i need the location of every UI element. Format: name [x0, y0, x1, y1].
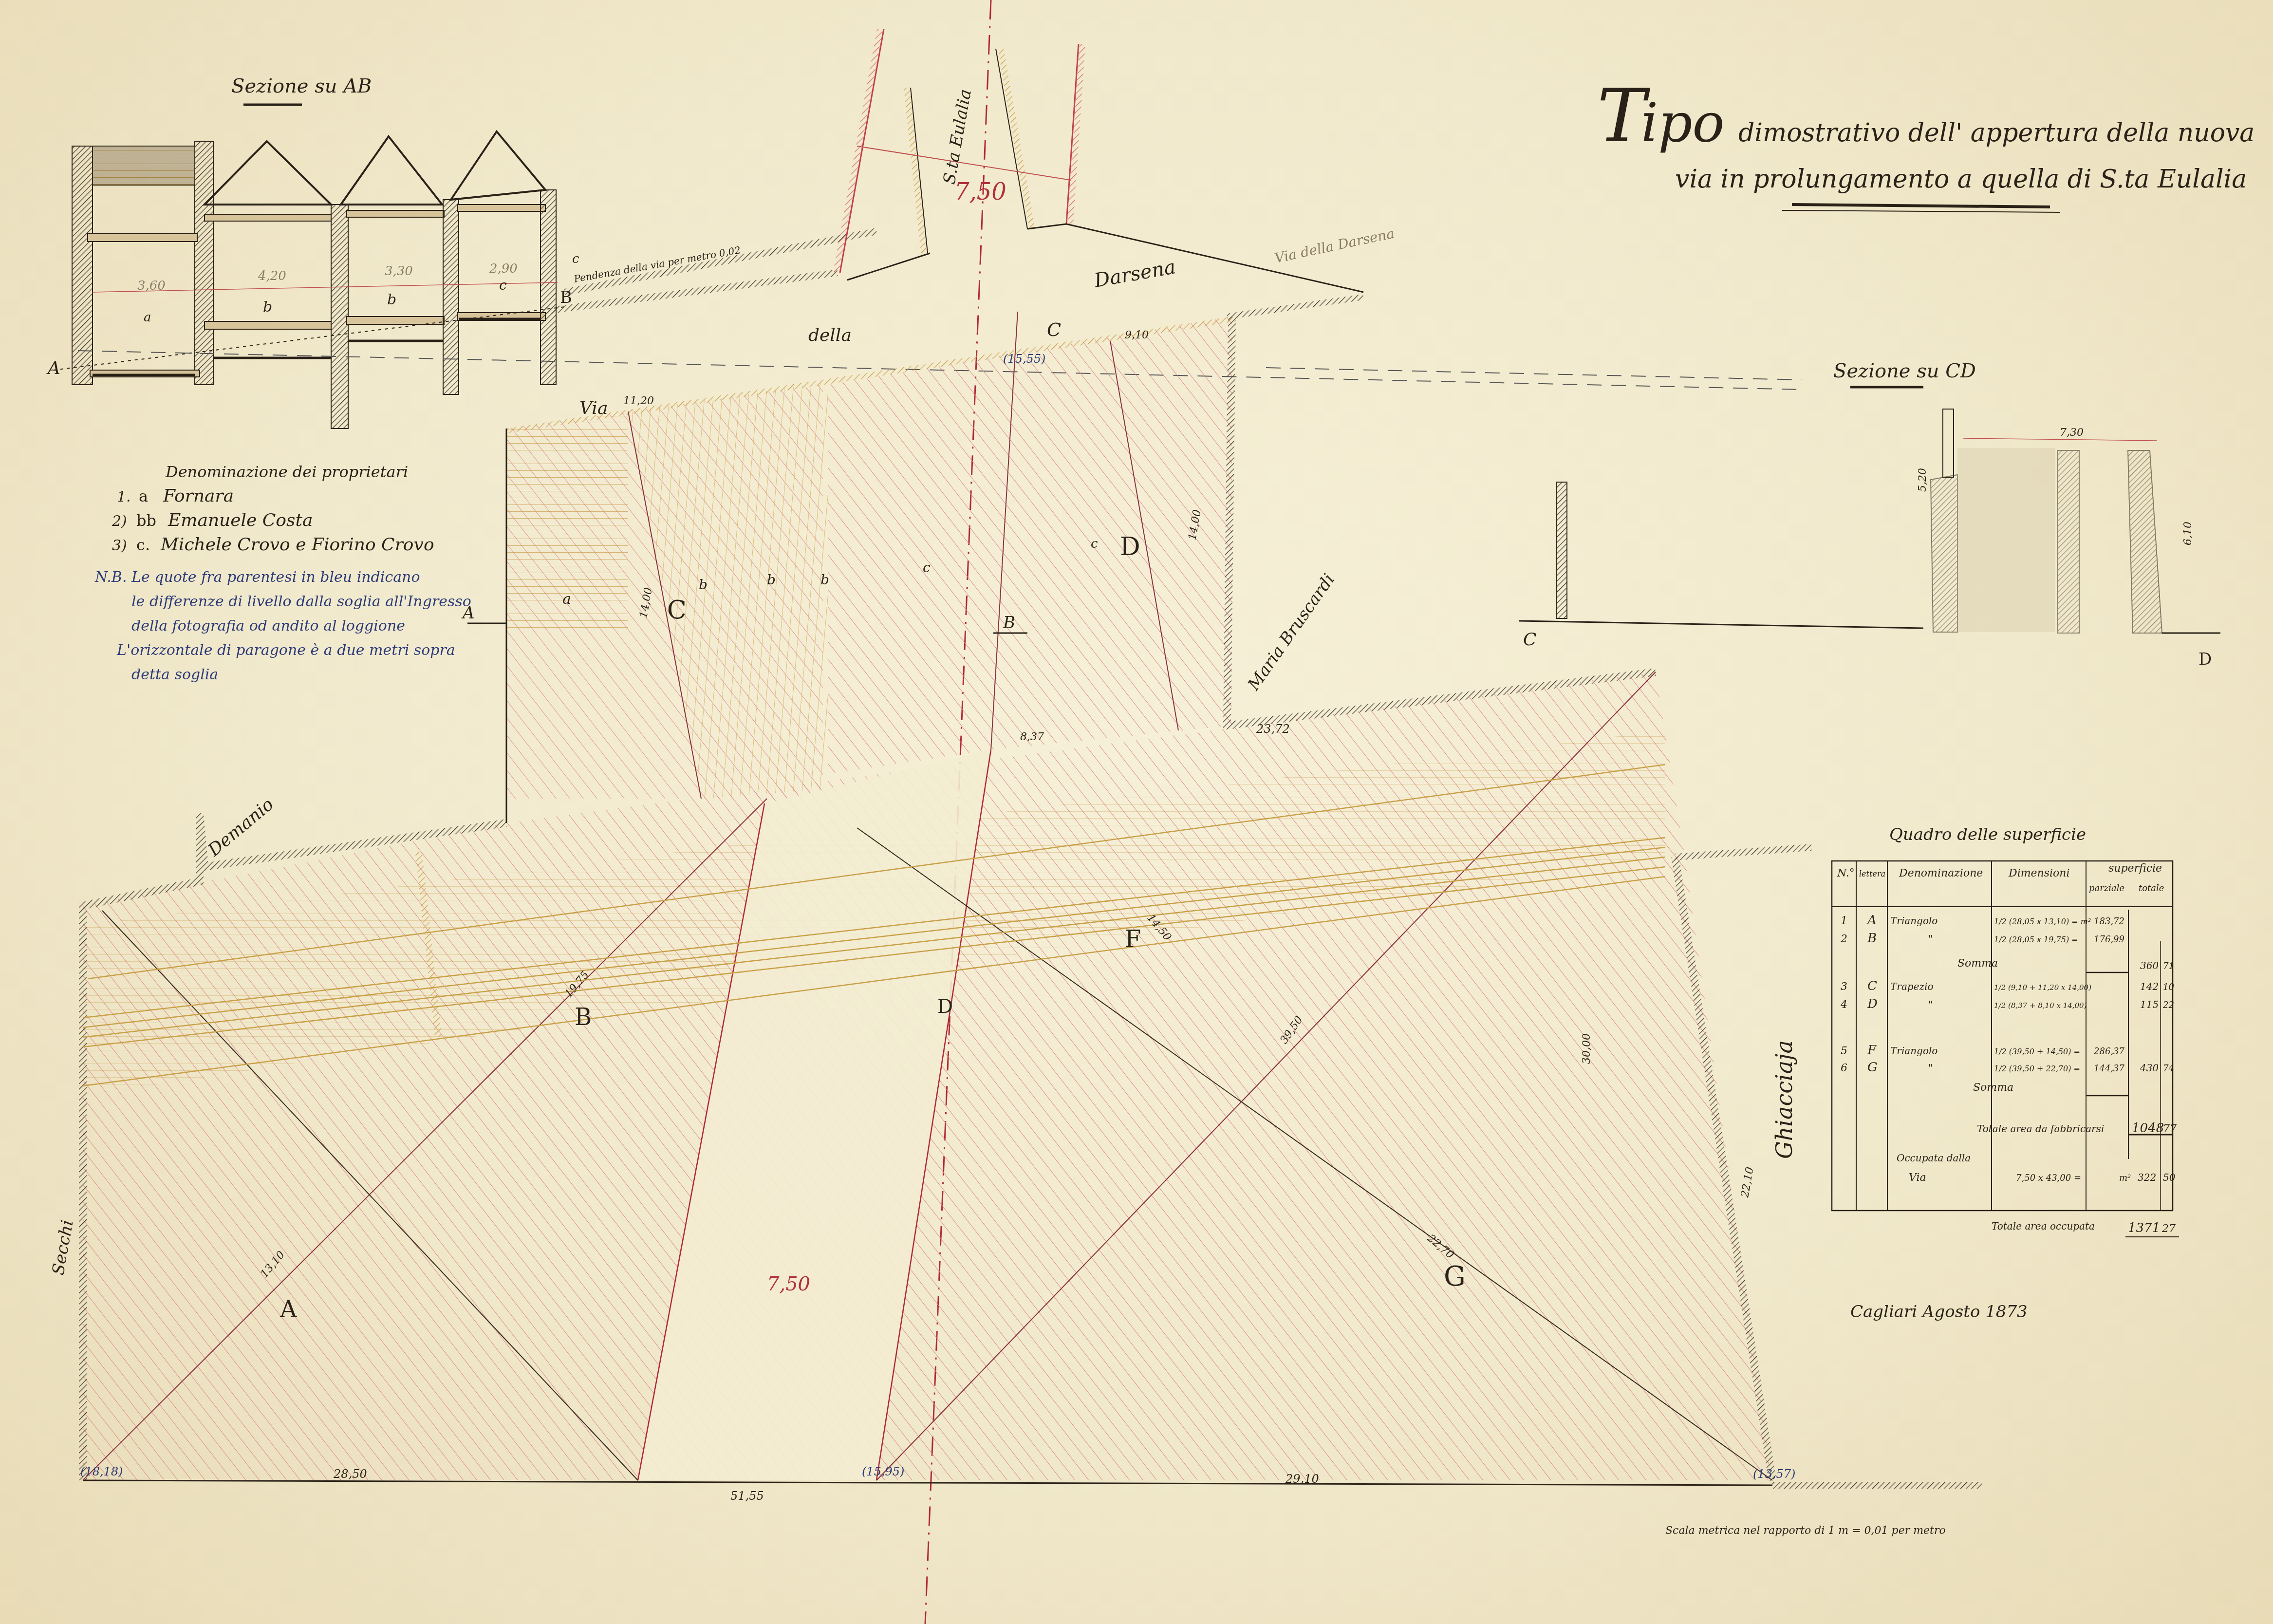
map-sheet: Sezione su AB A B 3,60 4,20 3,30 2,90 a …: [0, 0, 2273, 1624]
col-header-num: N.°: [1837, 867, 1855, 879]
room-label-b: b: [263, 299, 272, 316]
col-header-surface: superficie: [2108, 862, 2162, 875]
cell-dimensions: 1/2 (28,05 x 19,75) =: [1994, 935, 2078, 944]
cell-letter: D: [1867, 997, 1878, 1011]
owner-num: 2): [112, 513, 127, 530]
cell-somma: Somma: [1957, 957, 1998, 970]
dimension-label: 29,10: [1285, 1472, 1319, 1486]
dimension-label: 28,50: [333, 1467, 367, 1481]
width-label: 2,90: [489, 261, 518, 276]
dimension-label: 22,10: [1739, 1166, 1756, 1199]
title-block: T ipo dimostrativo dell' appertura della…: [1597, 74, 2254, 212]
cell-total-dec: 71: [2163, 961, 2174, 971]
plan-marker-c: C: [1047, 319, 1061, 340]
table-row: Somma 360 71: [1957, 957, 2174, 971]
owner-letter-a: a: [562, 591, 571, 608]
dimension-label: 23,72: [1256, 722, 1290, 736]
owner-name-costa: Emanuele Costa: [168, 510, 313, 530]
dimension-label: 30,00: [1581, 1033, 1593, 1064]
width-label: 3,60: [137, 279, 166, 293]
grand-total-label: Totale area occupata: [1992, 1220, 2095, 1232]
cell-total-int: 115: [2140, 999, 2159, 1010]
section-cd: [1266, 368, 2220, 633]
width-label: 4,20: [258, 269, 286, 283]
section-cd-title: Sezione su CD: [1833, 360, 1976, 382]
cell-partial: 144,37: [2094, 1064, 2125, 1074]
owner-code: c.: [136, 536, 150, 554]
area-letter-g: G: [1444, 1261, 1466, 1292]
dimension-label: 7,30: [2060, 427, 2084, 439]
cell-letter: F: [1867, 1043, 1877, 1058]
table-row: 5 F Triangolo 1/2 (39,50 + 14,50) = 286,…: [1841, 1043, 2125, 1058]
road-int: 322: [2138, 1172, 2156, 1183]
surface-table: Quadro delle superficie N.° lettera Deno…: [1832, 825, 2179, 1237]
cell-denomination: ": [1928, 933, 1933, 945]
note-line: le differenze di livello dalla soglia al…: [131, 593, 471, 610]
table-row: 3 C Trapezio 1/2 (9,10 + 11,20 x 14,00) …: [1841, 979, 2174, 993]
owner-name-crovo: Michele Crovo e Fiorino Crovo: [160, 535, 434, 555]
cell-dimensions: 1/2 (39,50 + 22,70) =: [1994, 1064, 2080, 1073]
owner-letter-b: b: [767, 572, 776, 588]
cell-total-int: 142: [2140, 981, 2159, 992]
title-line-2: via in prolungamento a quella di S.ta Eu…: [1675, 165, 2247, 194]
cell-total-dec: 22: [2162, 1000, 2174, 1010]
dimension-label: 6,10: [2182, 522, 2194, 545]
plan-marker-b: B: [1003, 613, 1015, 633]
dimension-label: 11,20: [623, 395, 654, 407]
col-header-denomination: Denominazione: [1899, 867, 1983, 879]
cell-num: 3: [1841, 981, 1847, 993]
table-title: Quadro delle superficie: [1889, 825, 2086, 844]
title-line-1: dimostrativo dell' appertura della nuova: [1738, 118, 2254, 148]
room-label-c: c: [499, 277, 507, 293]
cell-dimensions: 1/2 (8,37 + 8,10 x 14,00): [1994, 1001, 2087, 1010]
level-label: (15,55): [1003, 352, 1045, 366]
cell-num: 2: [1840, 933, 1847, 945]
table-row: 4 D " 1/2 (8,37 + 8,10 x 14,00) 115 22: [1840, 997, 2174, 1011]
dimension-label: 8,37: [1020, 731, 1044, 743]
cell-num: 5: [1841, 1045, 1847, 1057]
cell-letter: A: [1866, 913, 1877, 928]
cell-total-int: 430: [2140, 1062, 2159, 1074]
level-label: (15,95): [862, 1465, 904, 1478]
level-label: (13,57): [1753, 1467, 1795, 1481]
col-header-total: totale: [2139, 883, 2164, 894]
cell-denomination: ": [1928, 999, 1933, 1010]
cell-dimensions: 1/2 (28,05 x 13,10) = m²: [1994, 917, 2091, 926]
plan-lots: [83, 312, 1982, 1485]
cell-letter: B: [1867, 931, 1877, 946]
owner-letter-c: c: [1091, 537, 1098, 551]
room-label-c: c: [572, 252, 579, 266]
road-dimensions: 7,50 x 43,00 =: [2016, 1173, 2081, 1183]
plan-marker-a: A: [461, 603, 475, 623]
owner-letter-c: c: [923, 560, 931, 576]
section-ab: [54, 131, 876, 429]
area-letter-d: D: [1120, 532, 1140, 561]
section-cd-end-d: D: [2198, 650, 2212, 669]
owners-legend: Denominazione dei proprietari 1. a Forna…: [94, 463, 471, 683]
grand-total-dec: 27: [2161, 1223, 2176, 1235]
note-line: L'orizzontale di paragone è a due metri …: [116, 642, 455, 659]
street-label-della: della: [808, 325, 852, 345]
cell-dimensions: 1/2 (9,10 + 11,20 x 14,00): [1994, 983, 2091, 992]
area-letter-b: B: [575, 1004, 592, 1031]
room-label-b: b: [387, 291, 396, 308]
cell-letter: C: [1867, 979, 1877, 993]
road-unit: m²: [2119, 1173, 2131, 1183]
cell-total-int: 360: [2140, 960, 2159, 971]
cell-denomination: Trapezio: [1890, 981, 1933, 992]
dimension-label: 5,20: [1917, 468, 1929, 492]
note-line: della fotografia od andito al loggione: [131, 617, 405, 635]
owner-num: 1.: [117, 488, 131, 505]
owner-letter-b: b: [699, 577, 708, 593]
owner-name-fornara: Fornara: [163, 486, 234, 506]
cell-num: 1: [1841, 915, 1847, 927]
title-initial-rest: ipo: [1641, 92, 1725, 154]
street-label-faint: Via della Darsena: [1273, 225, 1396, 266]
cell-total-dec: 74: [2163, 1064, 2174, 1074]
cell-partial: 183,72: [2094, 916, 2124, 927]
cell-num: 6: [1841, 1062, 1847, 1074]
note-line: N.B. Le quote fra parentesi in bleu indi…: [94, 569, 420, 586]
cell-denomination: Triangolo: [1890, 915, 1938, 927]
plan-drawing: Sezione su AB A B 3,60 4,20 3,30 2,90 a …: [0, 0, 2273, 1624]
area-letter-a: A: [279, 1296, 298, 1323]
road-width-label: 7,50: [954, 178, 1006, 205]
owner-code: bb: [136, 511, 156, 530]
section-ab-title: Sezione su AB: [231, 75, 372, 97]
table-row: 1 A Triangolo 1/2 (28,05 x 13,10) = m² 1…: [1841, 913, 2124, 928]
grand-total-int: 1371: [2128, 1221, 2160, 1235]
neighbor-left: Secchi: [48, 1218, 77, 1276]
dimension-label: 9,10: [1125, 329, 1149, 341]
neighbor-ghiacciaja: Ghiacciaja: [1771, 1040, 1797, 1159]
cell-partial: 286,37: [2093, 1046, 2125, 1057]
col-header-letter: lettera: [1859, 869, 1885, 878]
owner-letter-b: b: [820, 572, 829, 588]
section-cd-end-c: C: [1523, 630, 1537, 650]
subtotal-label: Totale area da fabbricarsi: [1977, 1123, 2104, 1135]
cell-total-dec: 10: [2163, 982, 2174, 992]
neighbor-maria-bruscardi: Maria Bruscardi: [1244, 570, 1339, 694]
cell-denomination: ": [1928, 1062, 1933, 1074]
road-width-label-lower: 7,50: [767, 1273, 810, 1295]
street-label-eulalia: S.ta Eulalia: [939, 88, 975, 186]
road-label-1: Occupata dalla: [1897, 1152, 1971, 1164]
area-letter-d-lower: D: [937, 995, 953, 1018]
place-date: Cagliari Agosto 1873: [1850, 1302, 2028, 1322]
level-label: (18,18): [80, 1465, 123, 1478]
cell-somma: Somma: [1973, 1082, 2013, 1094]
col-header-dimensions: Dimensioni: [2008, 867, 2070, 879]
cell-dimensions: 1/2 (39,50 + 14,50) =: [1994, 1047, 2080, 1056]
subtotal-dec: 77: [2163, 1123, 2177, 1135]
cell-letter: G: [1867, 1060, 1878, 1075]
road-dec: 50: [2163, 1172, 2176, 1183]
owner-code: a: [139, 487, 148, 505]
section-ab-end-a: A: [46, 358, 60, 378]
owner-num: 3): [112, 537, 127, 554]
note-line: detta soglia: [131, 666, 218, 683]
cell-num: 4: [1840, 999, 1847, 1011]
subtotal-int: 1048: [2132, 1121, 2164, 1136]
neighbor-demanio: Demanio: [204, 794, 278, 860]
width-label: 3,30: [385, 264, 413, 279]
scale-note: Scala metrica nel rapporto di 1 m = 0,01…: [1665, 1525, 1946, 1537]
area-letter-c: C: [667, 596, 687, 625]
room-label-a: a: [144, 310, 151, 325]
cell-partial: 176,99: [2094, 934, 2124, 945]
road-label-2: Via: [1909, 1172, 1926, 1184]
dimension-label: 51,55: [730, 1489, 764, 1503]
cell-denomination: Triangolo: [1890, 1045, 1938, 1057]
col-header-partial: parziale: [2089, 883, 2124, 894]
legend-title: Denominazione dei proprietari: [165, 463, 408, 481]
table-row: 2 B " 1/2 (28,05 x 19,75) = 176,99: [1840, 931, 2124, 946]
area-letter-f: F: [1125, 926, 1141, 953]
table-row: 6 G " 1/2 (39,50 + 22,70) = 144,37 430 7…: [1841, 1060, 2174, 1075]
street-label-darsena: Darsena: [1092, 256, 1177, 292]
